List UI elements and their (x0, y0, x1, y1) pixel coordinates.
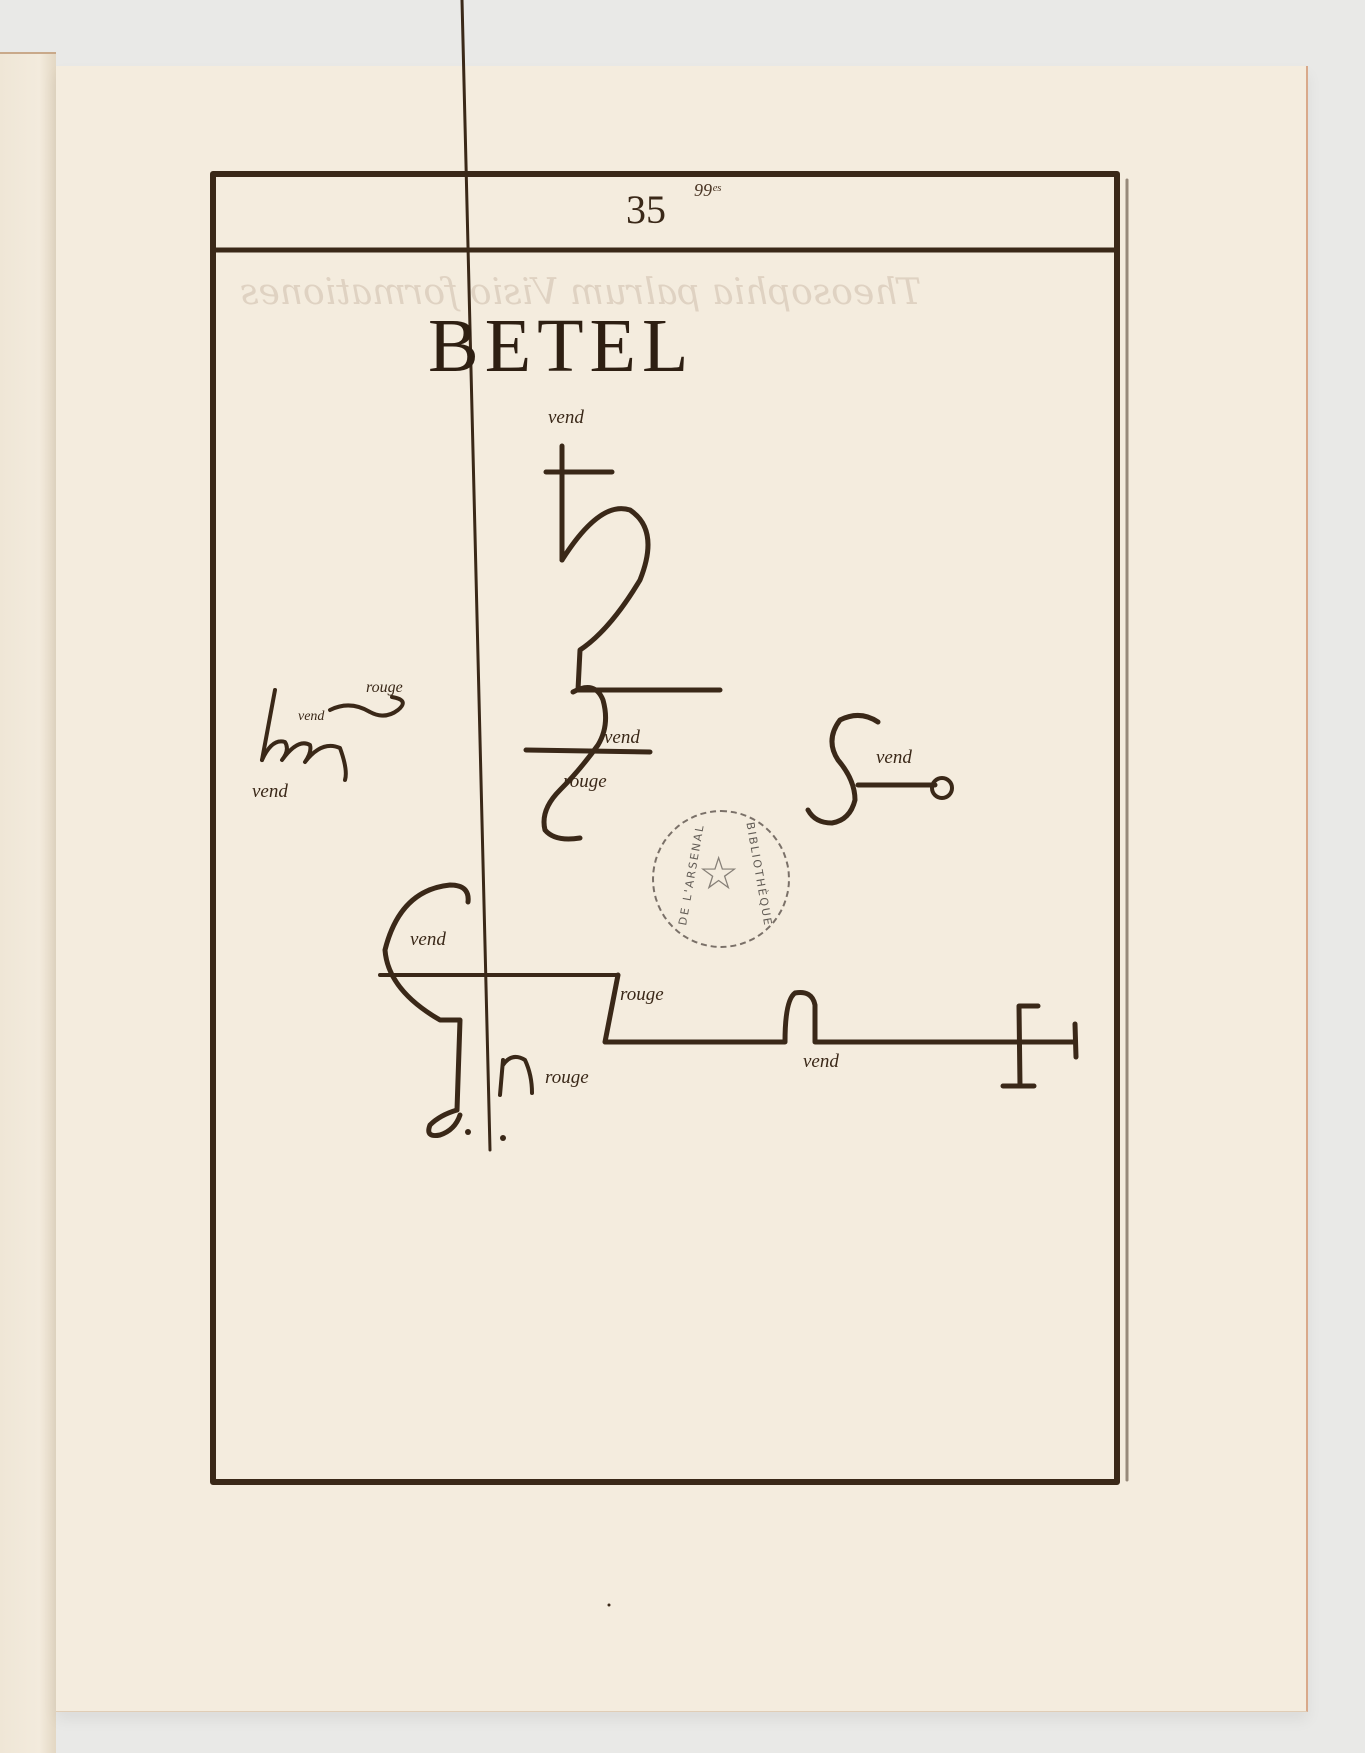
label-left-sigil-rouge: rouge (366, 680, 403, 696)
library-stamp: DE L'ARSENAL BIBLIOTHÈQUE ☆ (652, 810, 790, 948)
center-sigil (526, 688, 650, 840)
folio-annotation: 99ᵉˢ (694, 180, 721, 201)
label-bottom-sigil-rouge-a: rouge (620, 985, 664, 1004)
label-center-sigil-rouge: rouge (563, 772, 607, 791)
label-left-sigil-vend-small: vend (298, 710, 324, 724)
right-sigil (808, 715, 952, 823)
label-bottom-sigil-vend: vend (410, 930, 446, 949)
star-icon: ☆ (698, 846, 739, 900)
left-sigil (262, 690, 403, 780)
page-title: BETEL (428, 308, 694, 384)
label-left-sigil-vend: vend (252, 782, 288, 801)
top-sigil (546, 446, 720, 690)
label-bottom-sigil-vend-b: vend (803, 1052, 839, 1071)
label-top-sigil: vend (548, 408, 584, 427)
folio-number: 35 (626, 186, 666, 233)
label-right-sigil-vend: vend (876, 748, 912, 767)
label-bottom-sigil-rouge-b: rouge (545, 1068, 589, 1087)
stamp-text-right: BIBLIOTHÈQUE (743, 821, 774, 928)
label-center-sigil-vend: vend (604, 728, 640, 747)
